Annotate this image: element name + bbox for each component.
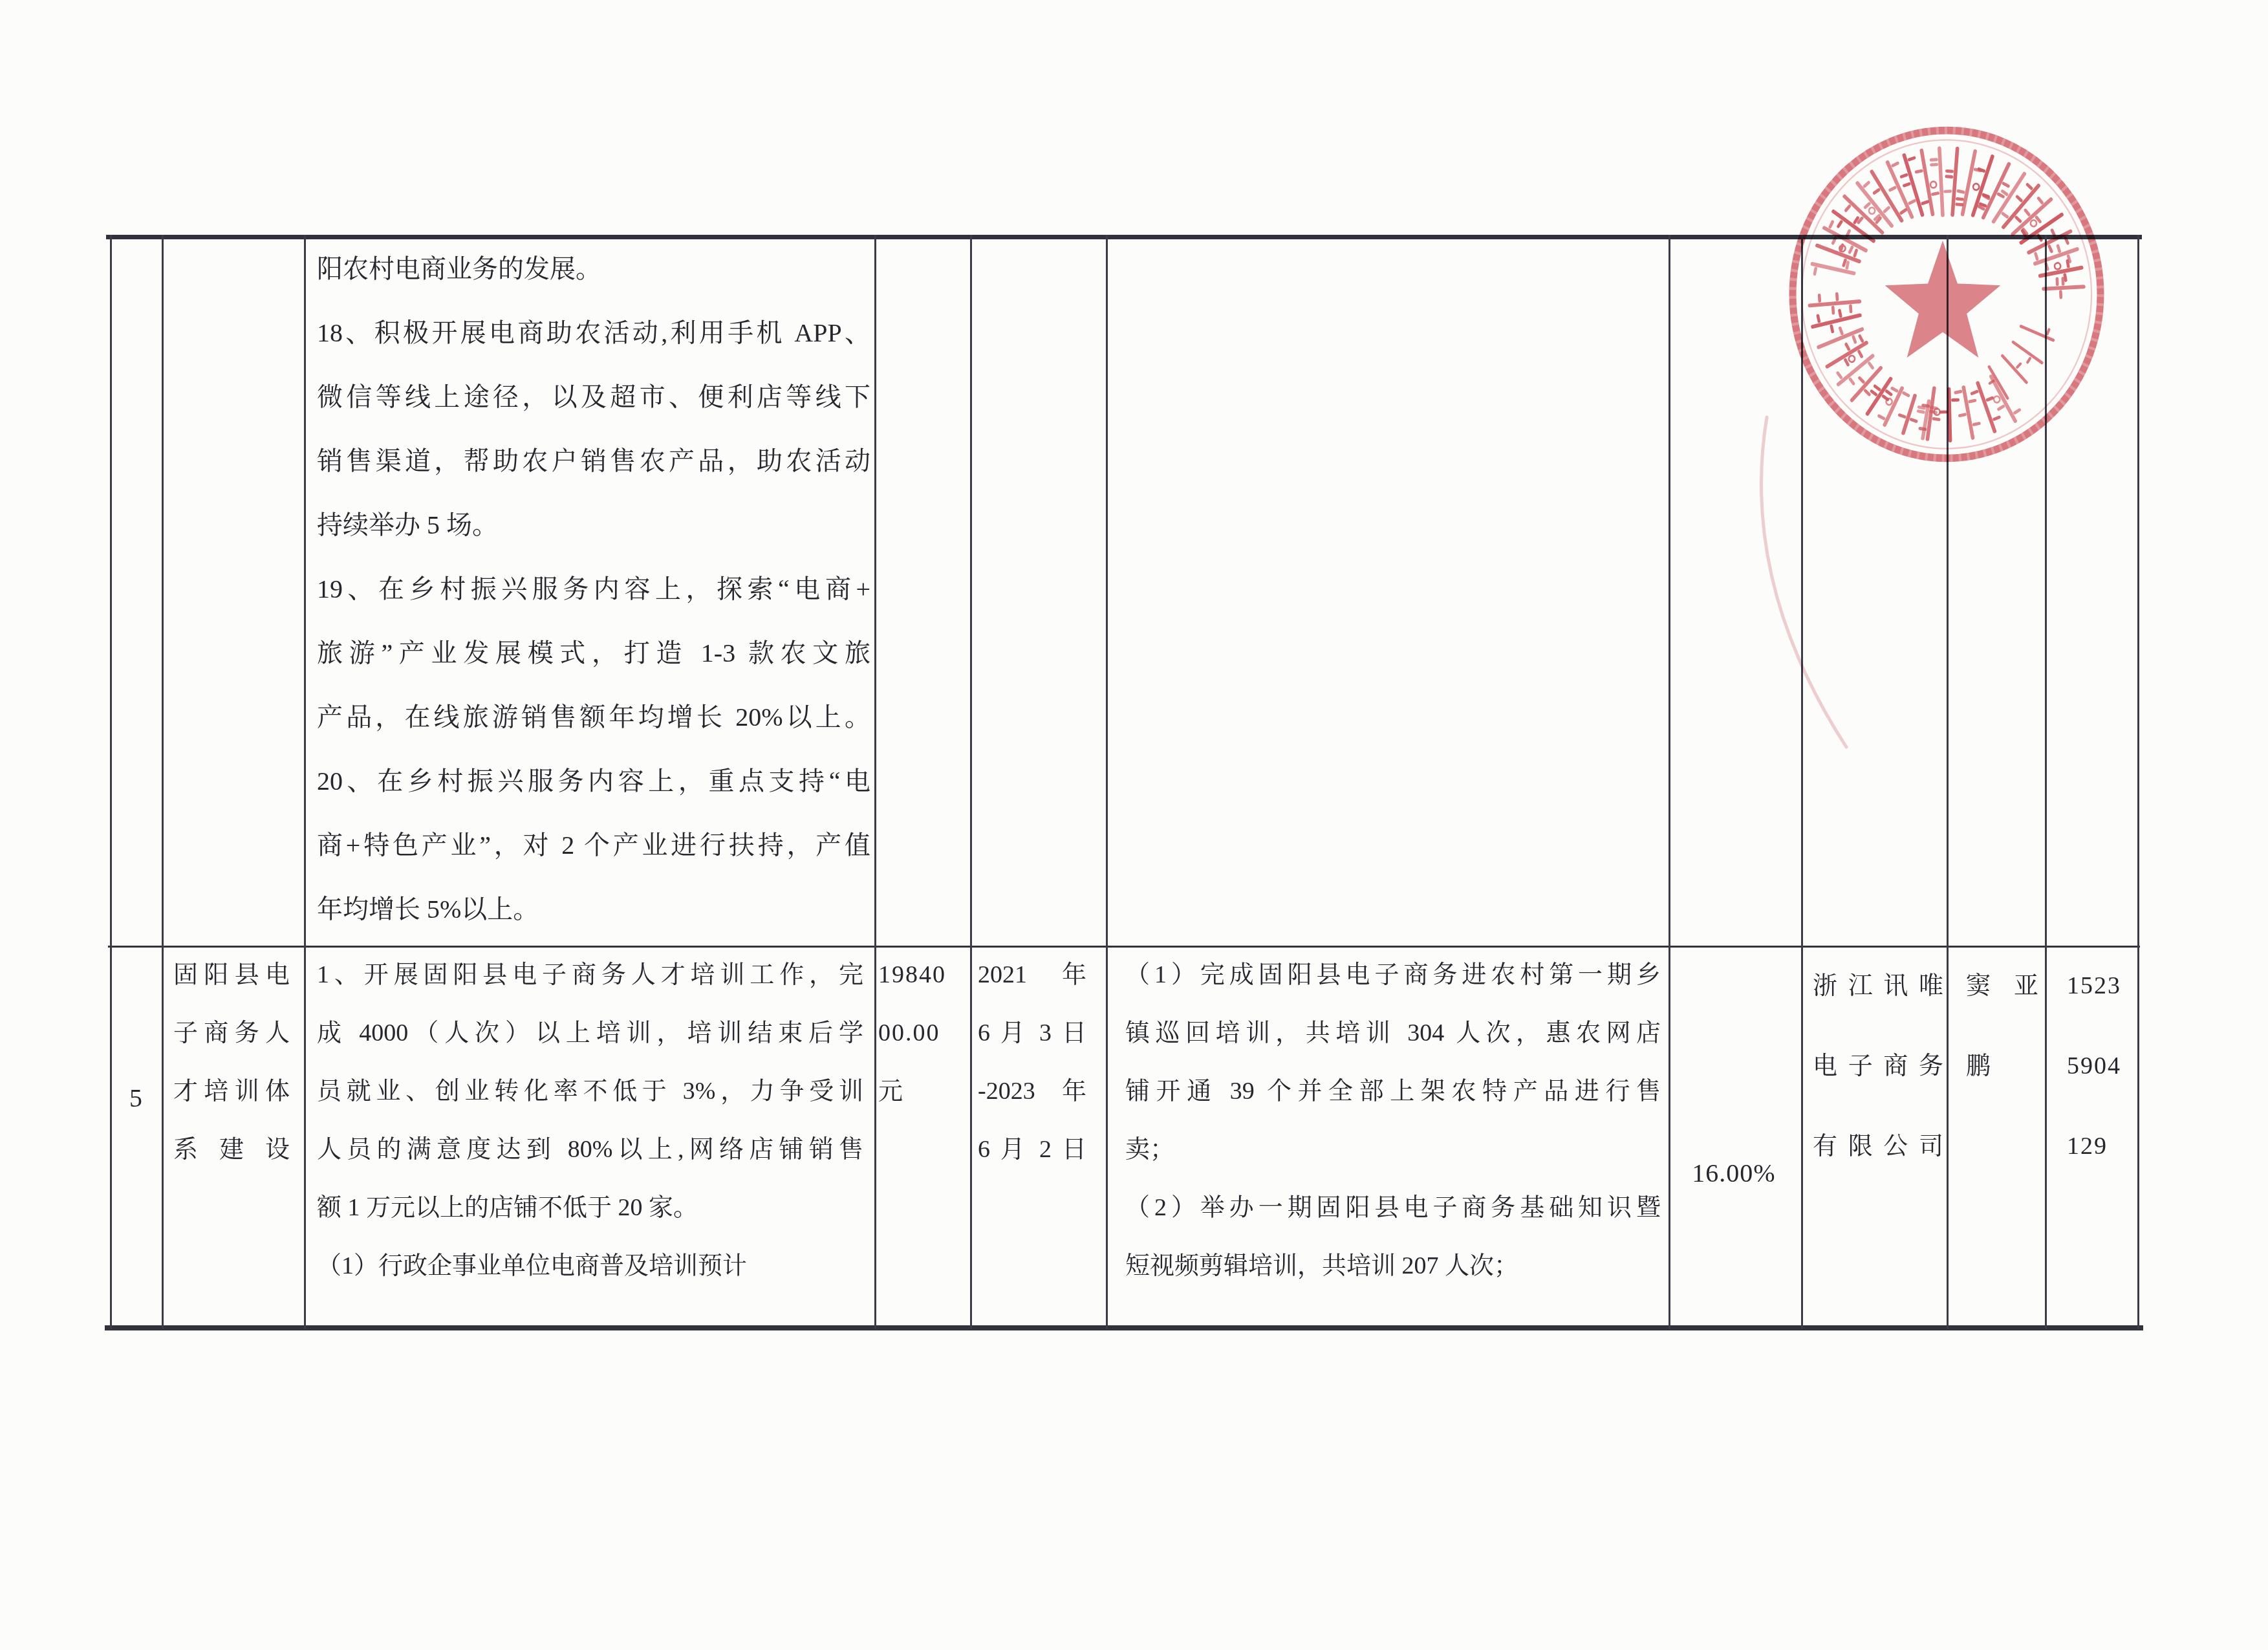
cell-contract-amount: 19840 00.00 元 [878,946,966,1120]
text-line: 电子商务 [1813,1026,1943,1106]
text-line: 窦亚 [1966,946,2038,1026]
text-line: 年均增长 5%以上。 [317,877,870,941]
text-line: 19、在乡村振兴服务内容上，探索“电商+ [317,557,870,621]
text-line: 20、在乡村振兴服务内容上，重点支持“电 [317,749,870,813]
text-line: 旅游”产业发展模式，打造 1-3 款农文旅 [317,621,870,685]
table-grid-line [162,235,164,1329]
text-line: 00.00 [878,1004,966,1062]
seal-ghost-arc-icon [1714,388,1882,770]
text-line: 人员的满意度达到 80%以上,网络店铺销售 [317,1120,863,1178]
text-line: 鹏 [1966,1026,2038,1106]
cell-implementation-period: 2021 年 6 月 3 日 -2023 年 6 月 2 日 [978,946,1086,1178]
table-grid-line [304,235,306,1329]
text-line: 元 [878,1062,966,1120]
text-line: 5904 [2067,1026,2132,1106]
text-line: 卖； [1125,1120,1661,1178]
text-line: （1）完成固阳县电子商务进农村第一期乡 [1125,946,1661,1004]
cell-contact-person: 窦亚 鹏 [1966,946,2038,1106]
text-line: 员就业、创业转化率不低于 3%，力争受训 [317,1062,863,1120]
text-line: 铺开通 39 个并全部上架农特产品进行售 [1125,1062,1661,1120]
table-grid-line [110,235,112,1329]
cell-serial-number: 5 [110,1069,162,1128]
text-line: 持续举办 5 场。 [317,493,870,557]
table-grid-line [874,235,876,1329]
text-line: 19840 [878,946,966,1004]
text-line: 6 月 3 日 [978,1004,1086,1062]
table-bottom-border [105,1325,2143,1330]
cell-project-name: 固阳县电 子商务人 才培训体 系建设 [173,946,290,1178]
text-line: 子商务人 [173,1004,290,1062]
text-line: 1523 [2067,946,2132,1026]
text-line: 浙江讯唯 [1813,946,1943,1026]
text-line: 129 [2067,1106,2132,1186]
cell-completion-rate: 16.00% [1666,1142,1802,1204]
table-grid-line [1106,235,1108,1329]
scanned-document-page: 阳农村电商业务的发展。 18、积极开展电商助农活动,利用手机 APP、 微信等线… [0,0,2268,1650]
text-line: 才培训体 [173,1062,290,1120]
text-line: 商+特色产业”，对 2 个产业进行扶持，产值 [317,813,870,877]
text-line: 1、开展固阳县电子商务人才培训工作，完 [317,946,863,1004]
text-line: 18、积极开展电商助农活动,利用手机 APP、 [317,301,870,365]
text-line: 2021 年 [978,946,1086,1004]
table-grid-line [2137,235,2139,1329]
cell-task-description-row4: 阳农村电商业务的发展。 18、积极开展电商助农活动,利用手机 APP、 微信等线… [317,237,870,941]
text-line: 微信等线上途径，以及超市、便利店等线下 [317,365,870,429]
text-line: 系建设 [173,1120,290,1178]
text-line: 镇巡回培训，共培训 304 人次，惠农网店 [1125,1004,1661,1062]
text-line: 销售渠道，帮助农户销售农产品，助农活动 [317,429,870,493]
text-line: 阳农村电商业务的发展。 [317,237,870,301]
text-line: 成 4000（人次）以上培训，培训结束后学 [317,1004,863,1062]
text-line: 有限公司 [1813,1106,1943,1186]
cell-contact-phone: 1523 5904 129 [2067,946,2132,1186]
text-line: 6 月 2 日 [978,1120,1086,1178]
cell-company-name: 浙江讯唯 电子商务 有限公司 [1813,946,1943,1186]
text-line: 产品，在线旅游销售额年均增长 20%以上。 [317,685,870,749]
table-grid-line [970,235,972,1329]
cell-task-description-row5: 1、开展固阳县电子商务人才培训工作，完 成 4000（人次）以上培训，培训结束后… [317,946,863,1295]
cell-completion-result: （1）完成固阳县电子商务进农村第一期乡 镇巡回培训，共培训 304 人次，惠农网… [1125,946,1661,1295]
text-line: （2）举办一期固阳县电子商务基础知识暨 [1125,1178,1661,1237]
text-line: -2023 年 [978,1062,1086,1120]
text-line: （1）行政企事业单位电商普及培训预计 [317,1237,863,1295]
text-line: 短视频剪辑培训，共培训 207 人次； [1125,1237,1661,1295]
text-line: 额 1 万元以上的店铺不低于 20 家。 [317,1178,863,1237]
text-line: 固阳县电 [173,946,290,1004]
